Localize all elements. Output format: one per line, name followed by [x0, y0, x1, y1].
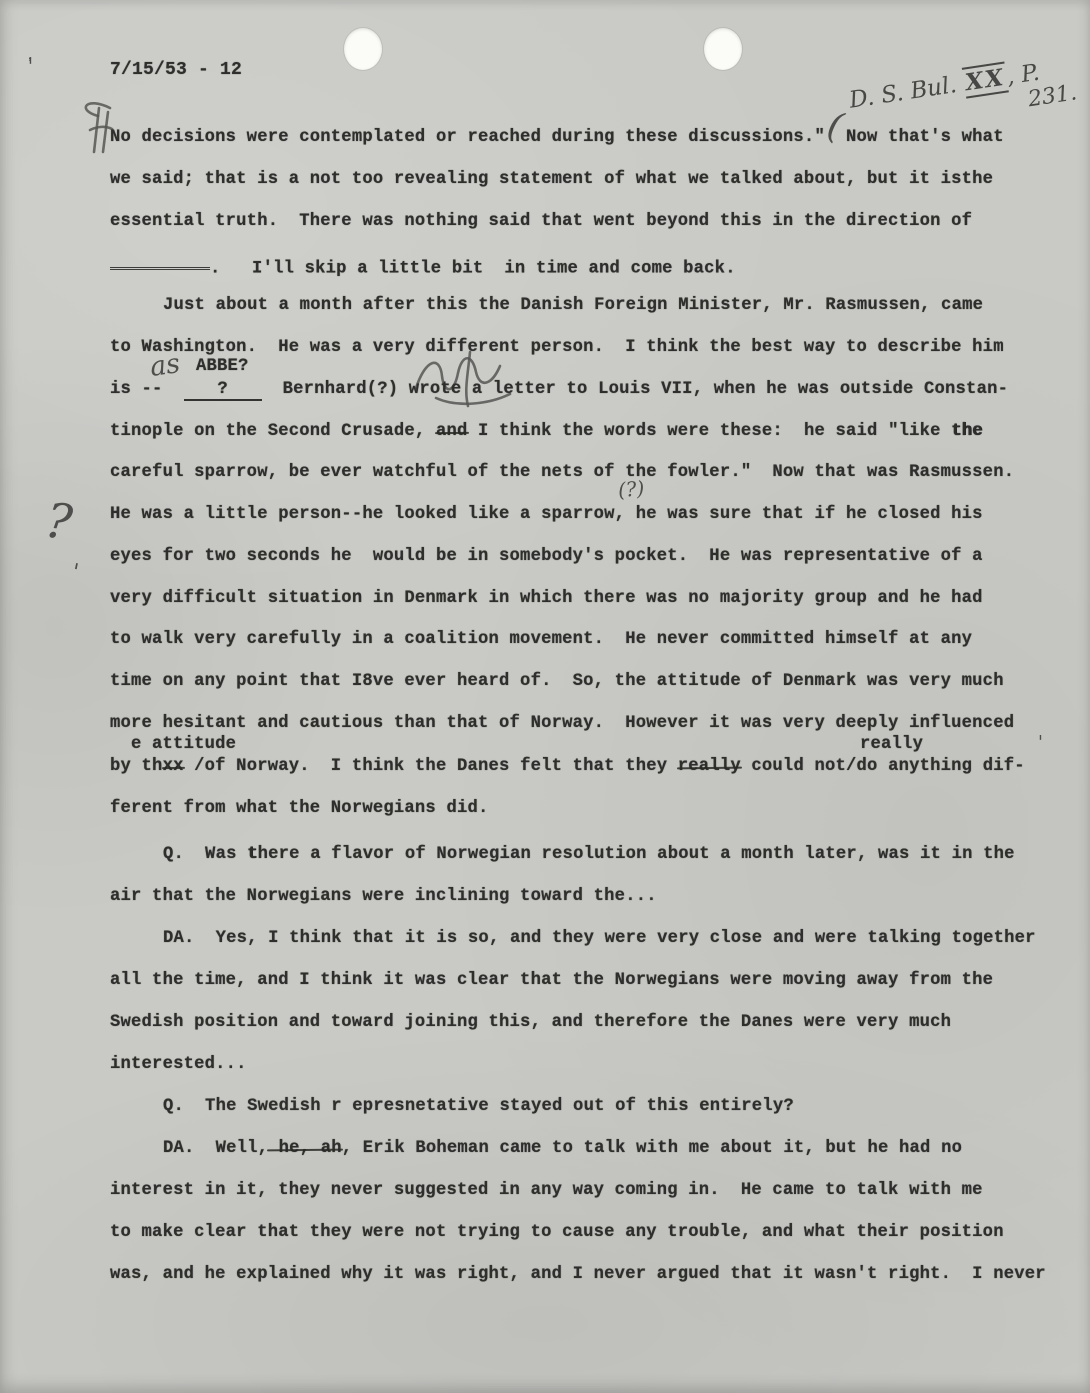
typed-line: Q. The Swedish r epresnetative stayed ou… — [163, 1097, 794, 1116]
typed-line: . I'll skip a little bit in time and com… — [110, 254, 736, 278]
really-insertion: really — [860, 735, 923, 754]
typed-line: eyes for two seconds he would be in some… — [110, 547, 983, 566]
typed-line: careful sparrow, be ever watchful of the… — [110, 463, 1014, 482]
typed-line: essential truth. There was nothing said … — [110, 212, 972, 231]
citation-volume: XX — [961, 62, 1009, 99]
typed-line: to Washington. He was a very different p… — [110, 338, 1004, 357]
typed-line: interested... — [110, 1055, 247, 1074]
typed-line: more hesitant and cautious than that of … — [110, 714, 1014, 733]
as-insertion: as — [148, 348, 182, 383]
paragraph-mark-scribble-icon — [68, 96, 120, 156]
scanned-transcript-page: 7/15/53 - 12 D. S. Bul. XX, P. 231. No d… — [0, 0, 1090, 1393]
handwritten-citation: D. S. Bul. XX, P. 231. — [847, 53, 1090, 140]
typed-line: tinople on the Second Crusade, and I thi… — [110, 422, 983, 441]
typed-line: is -- ? Bernhard(?) wrote a letter to Lo… — [110, 380, 1008, 401]
typed-line: He was a little person--he looked like a… — [110, 505, 983, 524]
typed-line: all the time, and I think it was clear t… — [110, 971, 993, 990]
margin-question-mark: ? — [42, 492, 75, 551]
inline-query-mark: (?) — [617, 476, 645, 502]
typed-line: to walk very carefully in a coalition mo… — [110, 630, 972, 649]
apostrophe-speck: ' — [1038, 732, 1043, 753]
typed-line: by thxx /of Norway. I think the Danes fe… — [110, 757, 1025, 776]
abbe-query: ABBE? — [196, 357, 249, 376]
typed-line: air that the Norwegians were inclining t… — [110, 887, 657, 906]
typed-line: to make clear that they were not trying … — [110, 1223, 1004, 1242]
typed-line: interest in it, they never suggested in … — [110, 1181, 983, 1200]
typed-line: very difficult situation in Denmark in w… — [110, 589, 983, 608]
typed-line: DA. Yes, I think that it is so, and they… — [163, 929, 1036, 948]
typed-line: Swedish position and toward joining this… — [110, 1013, 951, 1032]
e-attitude-insertion: e attitude — [131, 735, 236, 754]
typed-line: time on any point that I8ve ever heard o… — [110, 672, 1004, 691]
punch-hole-right — [704, 28, 742, 70]
margin-tick: ' — [69, 560, 80, 586]
typed-line: Just about a month after this the Danish… — [163, 296, 983, 315]
punch-hole-left — [344, 28, 382, 70]
typed-line: No decisions were contemplated or reache… — [110, 128, 1004, 147]
page-header-date-number: 7/15/53 - 12 — [110, 60, 242, 80]
corner-speck: '̓ — [28, 56, 33, 77]
typed-line: ferent from what the Norwegians did. — [110, 799, 489, 818]
typed-line: we said; that is a not too revealing sta… — [110, 170, 993, 189]
typed-line: DA. Well, he, ah, Erik Boheman came to t… — [163, 1139, 962, 1158]
typed-line: was, and he explained why it was right, … — [110, 1265, 1046, 1284]
typed-line: Q. Was there a flavor of Norwegian resol… — [163, 845, 1015, 864]
